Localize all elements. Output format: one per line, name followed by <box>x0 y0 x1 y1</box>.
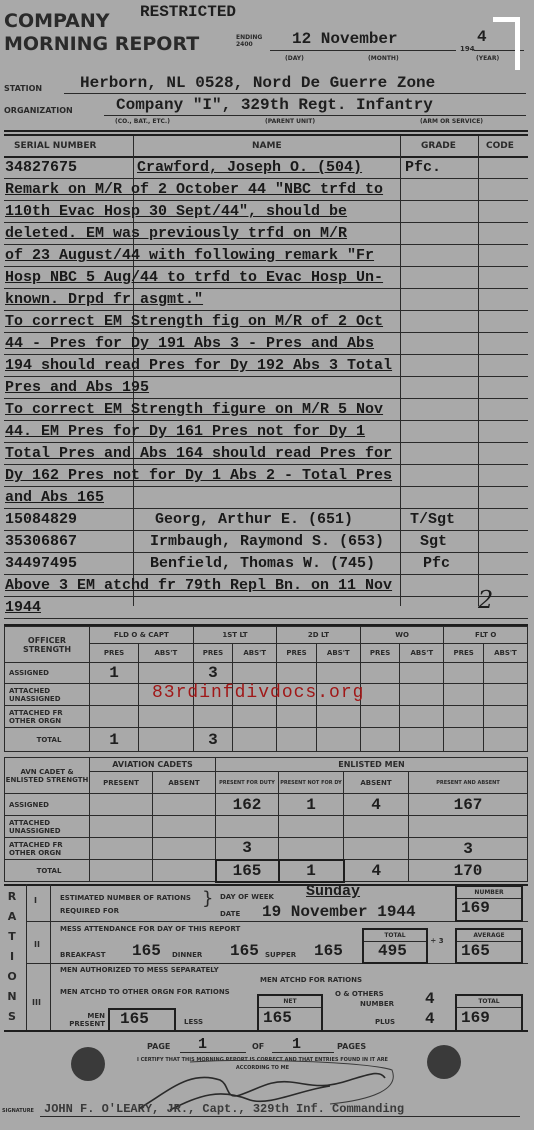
corner-registration-mark <box>493 17 520 70</box>
row-label: ATTACHED UNASSIGNED <box>5 684 90 706</box>
dinner-label: DINNER <box>172 951 202 959</box>
remark-line: known. Drpd fr asgmt." <box>5 290 475 309</box>
subcol-absent: ABSENT <box>344 772 409 794</box>
morning-report-form: COMPANY MORNING REPORT RESTRICTED ENDING… <box>0 0 534 1130</box>
mess-total-value: 495 <box>378 942 407 960</box>
atchd-other-orgn-label: MEN ATCHD TO OTHER ORGN FOR RATIONS <box>60 988 250 997</box>
officer-row-total: TOTAL 1 3 <box>5 728 528 752</box>
section-ii-numeral: II <box>34 940 40 949</box>
org-caption-co: (CO., BAT., ETC.) <box>115 118 170 125</box>
of-label: OF <box>252 1042 264 1051</box>
cell <box>316 663 360 684</box>
number-value: 169 <box>461 899 490 917</box>
cell <box>233 728 277 752</box>
classification-stamp: RESTRICTED <box>140 3 236 21</box>
rations-total-box: TOTAL 169 <box>455 994 523 1032</box>
cell: 165 <box>216 860 279 882</box>
cell: 1 <box>279 860 344 882</box>
roster-row: 34827675 Crawford, Joseph O. (504) Pfc. <box>5 158 475 177</box>
cell <box>483 663 527 684</box>
cell: 1 <box>90 663 139 684</box>
cell <box>277 728 317 752</box>
subcol-present-and-absent: PRESENT AND ABSENT <box>409 772 528 794</box>
rations-total-value: 169 <box>461 1009 490 1027</box>
row-label: ATTACHED FR OTHER ORGN <box>5 706 90 728</box>
org-caption-parent: (PARENT UNIT) <box>265 118 315 125</box>
enlisted-row-attached-unassigned: ATTACHED UNASSIGNED <box>5 816 528 838</box>
cell <box>360 663 400 684</box>
roster-row: 15084829 Georg, Arthur E. (651) T/Sgt <box>5 510 475 529</box>
remark-line: To correct EM Strength fig on M/R of 2 O… <box>5 312 475 331</box>
group-2d-lt: 2D LT <box>277 627 361 644</box>
group-wo: WO <box>360 627 444 644</box>
serial-number: 34497495 <box>5 554 77 573</box>
cell: 3 <box>193 663 233 684</box>
soldier-grade: Pfc. <box>405 158 441 177</box>
row-label: ASSIGNED <box>5 663 90 684</box>
subcol-present-not-for-duty: PRESENT NOT FOR DY <box>279 772 344 794</box>
subcol-abst: ABS'T <box>233 644 277 663</box>
officer-strength-title: OFFICER STRENGTH <box>5 627 90 663</box>
cell <box>360 728 400 752</box>
average-box: AVERAGE 165 <box>455 928 523 964</box>
cell <box>316 728 360 752</box>
cell <box>444 663 484 684</box>
cell <box>139 663 194 684</box>
cell: 167 <box>409 794 528 816</box>
remark-line: 44 - Pres for Dy 191 Abs 3 - Pres and Ab… <box>5 334 475 353</box>
cell: 3 <box>409 838 528 860</box>
subcol-present-for-duty: PRESENT FOR DUTY <box>216 772 279 794</box>
officer-row-assigned: ASSIGNED 1 3 <box>5 663 528 684</box>
group-1st-lt: 1ST LT <box>193 627 277 644</box>
form-title-line2: MORNING REPORT <box>4 33 199 55</box>
col-name: NAME <box>252 141 282 151</box>
net-value: 165 <box>263 1009 292 1027</box>
cell <box>153 794 216 816</box>
serial-number: 15084829 <box>5 510 77 529</box>
cell <box>400 728 444 752</box>
remark-line: 1944 <box>5 598 475 617</box>
cell: 4 <box>344 860 409 882</box>
ending-label: ENDING 2400 <box>236 34 272 48</box>
plus-label: PLUS <box>375 1018 395 1026</box>
remark-line: Remark on M/R of 2 October 44 "NBC trfd … <box>5 180 475 199</box>
cell <box>279 838 344 860</box>
total-pages-value: 1 <box>292 1036 301 1053</box>
row-label: ASSIGNED <box>5 794 90 816</box>
section-i-numeral: I <box>34 896 37 905</box>
year-value: 4 <box>477 28 487 46</box>
remark-line: Hosp NBC 5 Aug/44 to trfd to Evac Hosp U… <box>5 268 475 287</box>
remark-line: Above 3 EM atchd fr 79th Repl Bn. on 11 … <box>5 576 475 595</box>
estimated-rations-label: ESTIMATED NUMBER OF RATIONS REQUIRED FOR <box>60 892 200 918</box>
cell <box>90 794 153 816</box>
subcol-pres: PRES <box>277 644 317 663</box>
row-label: ATTACHED UNASSIGNED <box>5 816 90 838</box>
remark-line: 194 should read Pres for Dy 192 Abs 3 To… <box>5 356 475 375</box>
col-serial-number: SERIAL NUMBER <box>14 141 96 151</box>
org-caption-arm: (ARM OR SERVICE) <box>420 118 483 125</box>
cell <box>233 663 277 684</box>
subcol-pres: PRES <box>360 644 400 663</box>
remark-line: To correct EM Strength figure on M/R 5 N… <box>5 400 475 419</box>
remark-line: Pres and Abs 195 <box>5 378 475 397</box>
section-iii-numeral: III <box>32 998 41 1007</box>
subcol-abst: ABS'T <box>316 644 360 663</box>
group-aviation-cadets: AVIATION CADETS <box>90 758 216 772</box>
row-label: ATTACHED FR OTHER ORGN <box>5 838 90 860</box>
roster-row: 35306867 Irmbaugh, Raymond S. (653) Sgt <box>5 532 475 551</box>
enlisted-strength-title: AVN CADET & ENLISTED STRENGTH <box>5 758 90 794</box>
subcol-abst: ABS'T <box>139 644 194 663</box>
subcol-cadets-absent: ABSENT <box>153 772 216 794</box>
others-number-value: 4 <box>425 990 435 1008</box>
day-caption: (DAY) <box>285 55 304 62</box>
watermark-link[interactable]: 83rdinfdivdocs.org <box>152 683 364 703</box>
month-caption: (MONTH) <box>368 55 399 62</box>
men-atchd-rations-label: MEN ATCHD FOR RATIONS <box>260 976 362 984</box>
cell: 170 <box>409 860 528 882</box>
enlisted-row-assigned: ASSIGNED 162 1 4 167 <box>5 794 528 816</box>
cell <box>153 860 216 882</box>
rations-total-label: TOTAL <box>457 998 521 1005</box>
page-label: PAGE <box>147 1042 170 1051</box>
supper-value: 165 <box>314 942 343 960</box>
serial-number: 34827675 <box>5 158 77 177</box>
day-of-week-value: Sunday <box>306 883 360 900</box>
col-code: CODE <box>486 141 514 151</box>
remark-line: Dy 162 Pres not for Dy 1 Abs 2 - Total P… <box>5 466 475 485</box>
row-label: TOTAL <box>5 860 90 882</box>
subcol-pres: PRES <box>193 644 233 663</box>
average-value: 165 <box>461 942 490 960</box>
cell: 4 <box>344 794 409 816</box>
roster-row: 34497495 Benfield, Thomas W. (745) Pfc <box>5 554 475 573</box>
officer-row-attached-other: ATTACHED FR OTHER ORGN <box>5 706 528 728</box>
remark-line: and Abs 165 <box>5 488 475 507</box>
binder-hole-right <box>427 1045 461 1079</box>
breakfast-label: BREAKFAST <box>60 951 106 959</box>
number-box: NUMBER 169 <box>455 885 523 922</box>
signature-label: SIGNATURE <box>2 1108 38 1114</box>
cell <box>90 838 153 860</box>
enlisted-strength-table: AVN CADET & ENLISTED STRENGTH AVIATION C… <box>4 757 528 883</box>
remark-line: 110th Evac Hosp 30 Sept/44", should be <box>5 202 475 221</box>
plus-value: 4 <box>425 1010 435 1028</box>
mess-total-box: TOTAL 495 <box>362 928 428 964</box>
remark-line: of 23 August/44 with following remark "F… <box>5 246 475 265</box>
subcol-abst: ABS'T <box>400 644 444 663</box>
men-present-value: 165 <box>120 1010 149 1028</box>
cell <box>90 860 153 882</box>
subcol-cadets-present: PRESENT <box>90 772 153 794</box>
remark-line: 44. EM Pres for Dy 161 Pres not for Dy 1 <box>5 422 475 441</box>
mess-separately-label: MEN AUTHORIZED TO MESS SEPARATELY <box>60 966 250 975</box>
soldier-grade: T/Sgt <box>410 510 455 529</box>
cell <box>139 728 194 752</box>
subcol-abst: ABS'T <box>483 644 527 663</box>
ending-date-value: 12 November <box>292 30 398 48</box>
soldier-name: Georg, Arthur E. (651) <box>155 510 353 529</box>
breakfast-value: 165 <box>132 942 161 960</box>
men-present-box: 165 <box>108 1008 176 1032</box>
signer-name: JOHN F. O'LEARY, JR., Capt., 329th Inf. … <box>44 1102 404 1116</box>
form-title-line1: COMPANY <box>4 10 110 32</box>
pages-label: PAGES <box>337 1042 366 1051</box>
cell <box>444 728 484 752</box>
mess-total-label: TOTAL <box>364 932 426 939</box>
divide-by-three: ÷ 3 <box>429 937 445 945</box>
soldier-grade: Sgt <box>420 532 447 551</box>
organization-value: Company "I", 329th Regt. Infantry <box>116 96 433 114</box>
brace: } <box>202 888 213 909</box>
handwritten-margin-mark: 2 <box>478 586 493 614</box>
col-grade: GRADE <box>421 141 456 151</box>
station-label: STATION <box>4 84 42 93</box>
soldier-name: Crawford, Joseph O. (504) <box>137 158 362 177</box>
subcol-pres: PRES <box>90 644 139 663</box>
number-label: NUMBER <box>457 889 521 896</box>
serial-number: 35306867 <box>5 532 77 551</box>
page-value: 1 <box>198 1036 207 1053</box>
cell: 3 <box>216 838 279 860</box>
net-label: NET <box>259 998 321 1005</box>
group-fld-o-capt: FLD O & CAPT <box>90 627 194 644</box>
group-enlisted-men: ENLISTED MEN <box>216 758 528 772</box>
net-box: NET 165 <box>257 994 323 1032</box>
ration-date-value: 19 November 1944 <box>262 903 416 921</box>
cell <box>483 728 527 752</box>
soldier-name: Irmbaugh, Raymond S. (653) <box>150 532 384 551</box>
soldier-grade: Pfc <box>423 554 450 573</box>
year-prefix: 194 <box>460 45 475 53</box>
cell <box>277 663 317 684</box>
dinner-value: 165 <box>230 942 259 960</box>
remark-line: deleted. EM was previously trfd on M/R <box>5 224 475 243</box>
enlisted-row-attached-other: ATTACHED FR OTHER ORGN 3 3 <box>5 838 528 860</box>
cell: 3 <box>193 728 233 752</box>
mess-attendance-label: MESS ATTENDANCE FOR DAY OF THIS REPORT <box>60 925 240 933</box>
remark-line: Total Pres and Abs 164 should read Pres … <box>5 444 475 463</box>
soldier-name: Benfield, Thomas W. (745) <box>150 554 375 573</box>
cell: 162 <box>216 794 279 816</box>
cell <box>400 663 444 684</box>
subcol-pres: PRES <box>444 644 484 663</box>
supper-label: SUPPER <box>265 951 296 959</box>
cell <box>344 838 409 860</box>
others-number-label: NUMBER <box>360 1000 394 1008</box>
average-label: AVERAGE <box>457 932 521 939</box>
enlisted-row-total: TOTAL 165 1 4 170 <box>5 860 528 882</box>
cell <box>153 838 216 860</box>
date-label: DATE <box>220 910 240 918</box>
row-label: TOTAL <box>5 728 90 752</box>
others-label: O & OTHERS <box>335 990 384 998</box>
cell: 1 <box>279 794 344 816</box>
group-flt-o: FLT O <box>444 627 528 644</box>
less-label: LESS <box>184 1018 203 1026</box>
binder-hole-left <box>71 1047 105 1081</box>
men-present-label: MEN PRESENT <box>55 1012 105 1028</box>
station-value: Herborn, NL 0528, Nord De Guerre Zone <box>80 74 435 92</box>
day-of-week-label: DAY OF WEEK <box>220 893 274 901</box>
cell: 1 <box>90 728 139 752</box>
organization-label: ORGANIZATION <box>4 106 73 115</box>
